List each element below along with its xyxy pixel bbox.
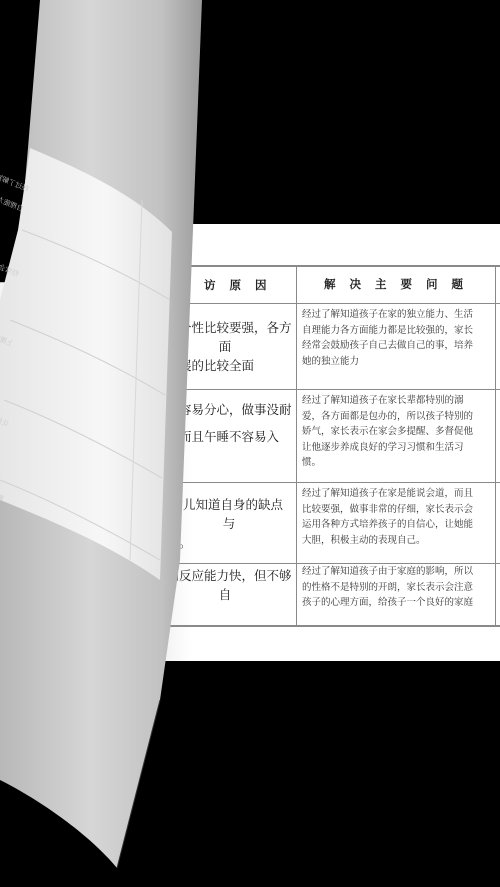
- reason-cell: 聪明反应能力快，但不够 自 信。: [154, 564, 296, 627]
- solution-cell: 经过了解知道孩子在家长辈都特别的溺 爱，各方面都是包办的，所以孩子特别的 娇气，…: [296, 390, 496, 482]
- reason-cell: 上课容易分心，做事没耐 心，而且午睡不容易入 睡。: [154, 390, 296, 482]
- solution-cell: 经过了解知道孩子在家是能说会道，而且 比较要强，做事非常的仔细，家长表示会 运用…: [296, 483, 496, 563]
- table-row: 聪明反应能力快，但不够 自 信。 经过了解知道孩子由于家庭的影响，所以 的性格不…: [154, 564, 500, 625]
- curl-mirrored-text: 经过了解知道孩子在家的独立能力: [0, 146, 30, 195]
- document-page: 家 访 原 因 解 决 主 要 问 题 孩子个性比较要强，各方 面 都发展的比较…: [132, 224, 500, 661]
- home-visit-table: 家 访 原 因 解 决 主 要 问 题 孩子个性比较要强，各方 面 都发展的比较…: [154, 265, 500, 627]
- header-visit-reason: 家 访 原 因: [154, 267, 296, 303]
- table-row: 让幼儿知道自身的缺点 与 错误。 经过了解知道孩子在家是能说会道，而且 比较要强…: [154, 483, 500, 564]
- header-main-solution: 解 决 主 要 问 题: [296, 267, 496, 303]
- reason-cell: 让幼儿知道自身的缺点 与 错误。: [154, 483, 300, 563]
- reason-cell: 孩子个性比较要强，各方 面 都发展的比较全面: [154, 304, 296, 389]
- curl-mirrored-text: 经常会鼓励孩子自己去做自己的事: [0, 231, 20, 280]
- solution-cell: 经过了解知道孩子由于家庭的影响，所以 的性格不是特别的开朗，家长表示会注意 孩子…: [296, 564, 496, 625]
- table-header-row: 家 访 原 因 解 决 主 要 问 题: [154, 267, 500, 304]
- table-row: 孩子个性比较要强，各方 面 都发展的比较全面 经过了解知道孩子在家的独立能力、生…: [154, 304, 500, 390]
- curl-mirrored-text: 聪明反应能力快，但不够自信: [0, 461, 5, 504]
- solution-cell: 经过了解知道孩子在家的独立能力、生活 自理能力各方面能力都是比较强的，家长 经常…: [296, 304, 496, 389]
- table-row: 上课容易分心，做事没耐 心，而且午睡不容易入 睡。 经过了解知道孩子在家长辈都特…: [154, 390, 500, 483]
